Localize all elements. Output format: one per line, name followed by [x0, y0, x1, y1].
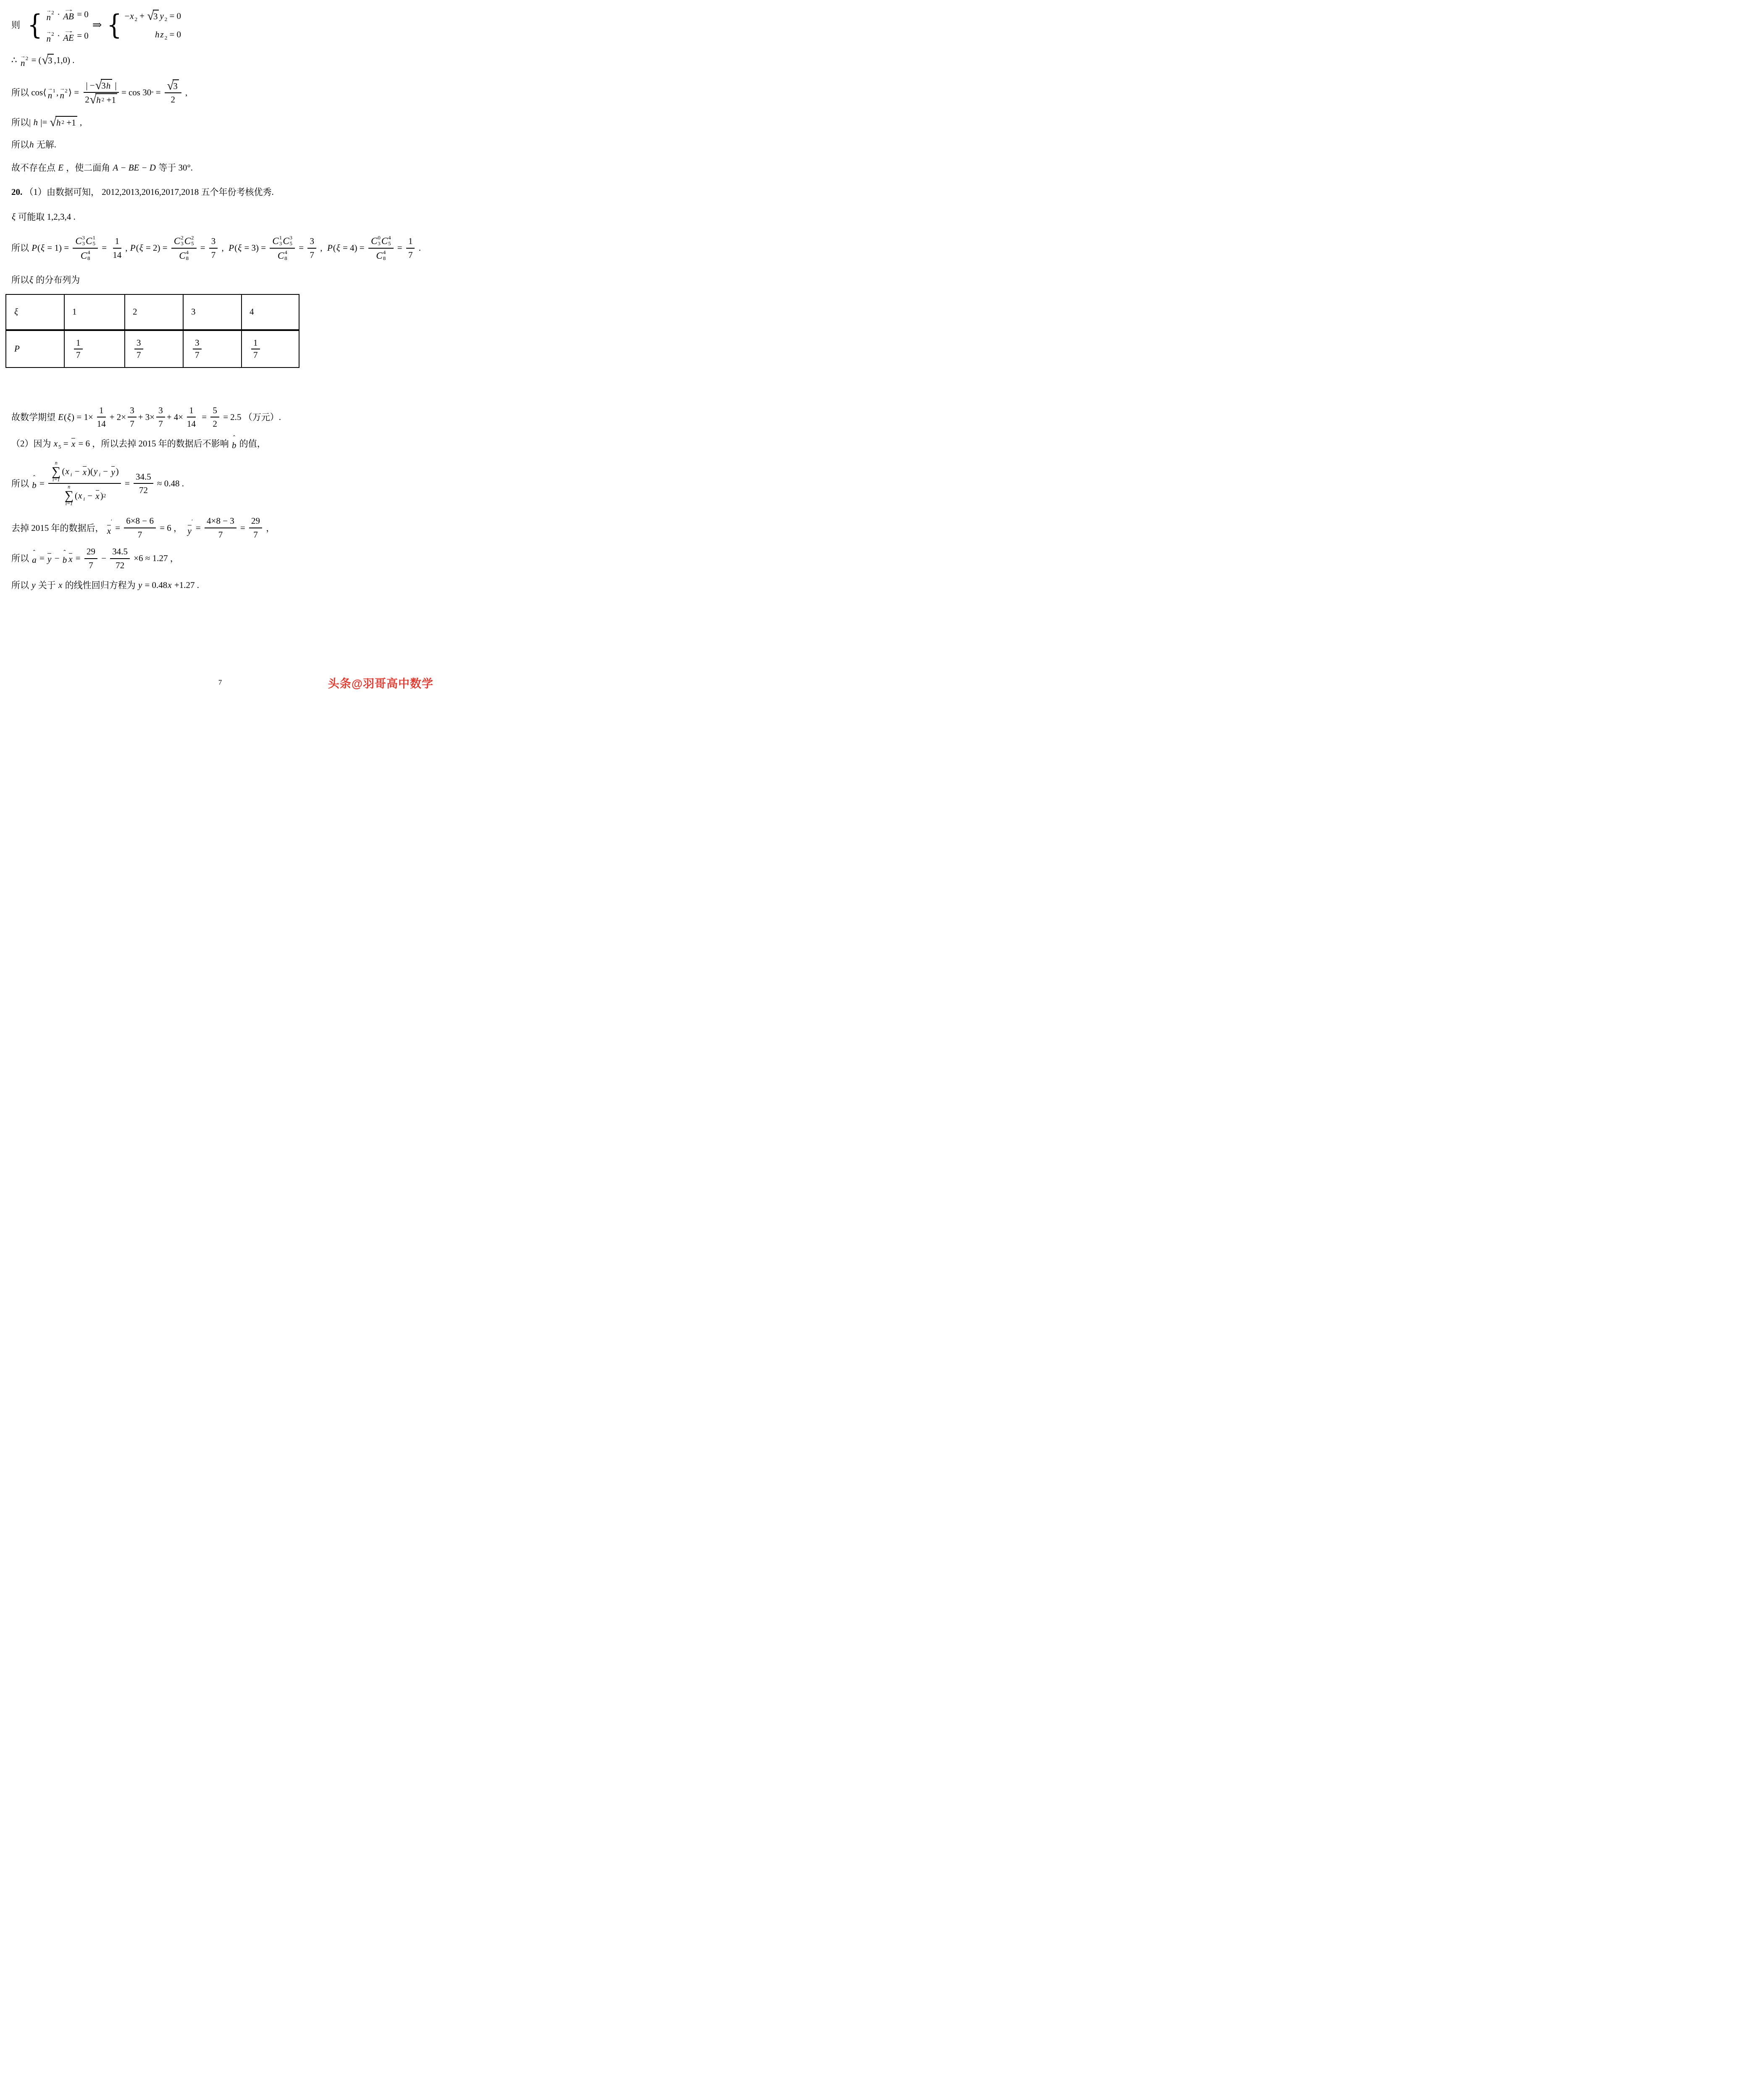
math-token: 2	[65, 87, 68, 94]
math-text: 1	[253, 338, 258, 348]
math-token: 03	[378, 235, 381, 247]
math-token: 5	[290, 241, 293, 247]
overbar-icon	[107, 525, 111, 525]
math-text: 3	[310, 235, 314, 247]
line-distribution-intro: 所以ξ 的分布列为	[11, 274, 428, 286]
math-token: n	[47, 34, 51, 43]
math-text: ，	[264, 522, 275, 534]
math-token: x	[107, 525, 111, 535]
math-text: ,	[56, 87, 58, 98]
math-text: 等于 30°.	[156, 162, 193, 173]
denominator: 7	[156, 417, 165, 430]
math-token: z	[160, 29, 164, 40]
math-text: |	[29, 116, 33, 128]
denominator: 14	[95, 417, 108, 430]
math-text: +1	[64, 117, 76, 129]
numerator: 6×8 − 6	[124, 514, 156, 528]
math-text: ×6 ≈ 1.27 ，	[131, 552, 179, 564]
math-text: ·	[55, 30, 63, 42]
math-text: 所以	[11, 116, 29, 128]
distribution-table: ξ1234P17373717	[11, 294, 428, 368]
radical-icon: √	[50, 117, 57, 129]
math-token: 2	[51, 9, 54, 16]
document-page: 则 {→n2 · →AB = 0→n2 · →AE = 0⇒{−x2 + √3y…	[0, 0, 440, 696]
denominator: 7	[406, 249, 415, 261]
denominator: 14	[185, 417, 198, 430]
math-token: AB	[63, 12, 74, 21]
math-text: 4	[250, 307, 254, 317]
fraction: 34.572	[110, 545, 130, 572]
mean-variable: y′	[188, 520, 193, 535]
denominator: 72	[113, 559, 126, 572]
math-token: i	[83, 495, 85, 503]
fraction: √32	[165, 79, 181, 106]
table-cell: P	[6, 330, 64, 367]
math-token: 1	[279, 235, 282, 241]
math-text: 所以	[11, 579, 31, 591]
math-var: ξ	[139, 242, 144, 254]
math-text: 3	[130, 404, 134, 416]
math-token: C	[376, 249, 382, 262]
math-text: 1	[189, 404, 194, 416]
combination: C48	[278, 249, 287, 262]
math-text: −	[52, 552, 61, 564]
math-token: b	[63, 555, 67, 564]
line-conclusion-n2: ∴ →n2 = (√3,1,0) .	[11, 52, 428, 68]
page-footer: 7 头条@羽哥高中数学	[0, 671, 440, 696]
math-var: D	[149, 162, 156, 173]
math-var: y	[31, 579, 36, 591]
math-text: (	[75, 490, 78, 501]
math-text: 3	[137, 338, 141, 348]
math-text: −	[72, 465, 81, 477]
math-text: （2）因为	[11, 438, 53, 449]
math-var: BE	[128, 162, 140, 173]
math-text: (	[62, 465, 65, 477]
denominator: 7	[307, 249, 316, 261]
numerator: 5	[210, 404, 219, 417]
math-text: −	[124, 10, 129, 22]
math-text: ·	[55, 8, 63, 20]
numerator: 29	[249, 514, 262, 528]
combination: C15	[86, 234, 95, 247]
math-token: →AE	[63, 29, 74, 42]
numerator: 29	[84, 545, 97, 559]
math-text: 29	[251, 515, 260, 527]
math-text: 则	[11, 19, 22, 31]
numerator: 1	[97, 404, 106, 417]
math-token: 2	[191, 235, 194, 241]
denominator: 7	[136, 528, 144, 541]
math-token: 1	[92, 235, 95, 241]
math-text: ,	[318, 242, 327, 254]
line-no-point-e: 故不存在点 E ，使二面角 A − BE − D 等于 30°.	[11, 162, 428, 173]
fraction: 4×8 − 37	[205, 514, 236, 541]
math-text: =	[297, 242, 306, 254]
math-text: 所以 cos	[11, 87, 43, 98]
numerator: 3	[156, 404, 165, 417]
math-text: ,1,0) .	[54, 54, 75, 66]
mean-variable: x′	[107, 520, 112, 535]
math-text: 14	[187, 418, 196, 430]
fraction: 17	[406, 235, 415, 261]
math-text: 所以	[11, 274, 29, 286]
math-text: =	[72, 87, 81, 98]
line-abs-h-equation: 所以| h |= √h2 +1 ,	[11, 116, 428, 129]
math-token: h2 +1	[55, 116, 77, 129]
fraction: 37	[193, 337, 202, 361]
line-normal-vector-system: 则 {→n2 · →AB = 0→n2 · →AE = 0⇒{−x2 + √3y…	[11, 7, 428, 43]
math-text: −	[139, 162, 149, 173]
overbar-icon	[69, 553, 73, 554]
math-token: →n	[20, 55, 26, 68]
math-token: i	[98, 471, 101, 478]
math-text: 2	[171, 94, 176, 105]
math-var: ξ	[336, 242, 341, 254]
line-part2-reasoning: （2）因为 x5 = x = 6 ，所以去掉 2015 年的数据后不影响 ˆb …	[11, 437, 428, 450]
numerator: 3	[128, 404, 137, 417]
math-text: 7	[310, 249, 314, 261]
fraction: C33C15C48	[73, 234, 98, 262]
math-text: 1	[99, 404, 104, 416]
overbar-icon	[188, 525, 192, 525]
numerator: 1	[113, 235, 122, 248]
math-token: x	[78, 490, 82, 501]
math-token: 48	[383, 249, 386, 262]
vector: →n2	[20, 52, 29, 68]
denominator: 7	[251, 528, 260, 541]
fraction: n∑i=1(xi − x)(yi − y)n∑i=1(xi − x)2	[48, 460, 121, 507]
radical-icon: √	[42, 55, 48, 66]
overbar-icon	[47, 553, 51, 554]
solution-content: 则 {→n2 · →AB = 0→n2 · →AE = 0⇒{−x2 + √3y…	[0, 0, 440, 591]
math-text: ) = 1×	[71, 411, 93, 423]
math-subscripted-var: x2	[129, 10, 137, 22]
math-token: 13	[279, 235, 282, 247]
math-text: 2	[85, 94, 89, 105]
math-token: 25	[191, 235, 194, 247]
math-token: 8	[383, 255, 386, 261]
denominator: 2	[210, 417, 219, 430]
math-var: ξ	[40, 242, 45, 254]
math-text: 7	[138, 529, 142, 541]
math-text: 故数学期望	[11, 411, 58, 423]
vector: →AE	[63, 29, 74, 42]
math-text: 14	[113, 249, 121, 261]
line-a-hat-equation: 所以 ˆa = y − ˆbx = 297 − 34.572 ×6 ≈ 1.27…	[11, 545, 428, 572]
math-token: C	[381, 234, 388, 247]
math-text: 5	[213, 404, 217, 416]
math-token: x	[83, 466, 87, 477]
math-token: y	[93, 465, 98, 477]
combination: C48	[179, 249, 189, 262]
math-token: x	[95, 490, 99, 501]
math-token: x	[129, 10, 134, 22]
line-new-means: 去掉 2015 年的数据后， x′ = 6×8 − 67 = 6 ， y′ = …	[11, 514, 428, 541]
math-token: n	[47, 13, 51, 22]
math-subscripted-var: xi	[65, 465, 72, 477]
implies-arrow: ⇒	[92, 17, 102, 32]
math-var: P	[327, 242, 333, 254]
math-token: 4	[383, 249, 386, 255]
vector: →n2	[46, 28, 54, 43]
math-text: ,	[183, 87, 188, 98]
fraction: C03C45C48	[368, 234, 394, 262]
math-token: 0	[378, 235, 381, 241]
numerator: C33C15	[73, 234, 98, 249]
math-text: =	[37, 478, 47, 489]
math-var: h	[29, 139, 34, 150]
math-text: = 2) =	[144, 242, 170, 254]
math-token: x	[83, 467, 87, 477]
math-var: ξ	[29, 274, 34, 286]
fraction: C13C35C48	[270, 234, 295, 262]
mean-variable: y	[111, 466, 115, 477]
radical-icon: √	[90, 94, 97, 106]
math-token: 2	[51, 30, 54, 38]
sigma-icon: ∑	[52, 466, 60, 477]
math-text: =	[37, 552, 47, 564]
math-token: 48	[186, 249, 189, 262]
math-token: →AB	[63, 8, 74, 21]
denominator: C48	[78, 249, 93, 262]
math-token: 2	[165, 16, 168, 23]
math-token: i=1	[53, 477, 60, 483]
mean-variable: x	[68, 553, 72, 564]
math-token: h	[56, 117, 61, 129]
table-cell: 3	[183, 294, 242, 330]
numerator: | −√3h |	[84, 79, 118, 93]
square-root: √3	[147, 10, 159, 22]
math-token: C	[86, 234, 92, 247]
numerator: 3	[193, 337, 202, 349]
table-cell: 2	[125, 294, 183, 330]
math-token: 3	[378, 241, 381, 247]
math-token: 4	[87, 249, 90, 255]
denominator: 7	[193, 349, 202, 361]
vector-arrow-icon: →	[63, 29, 74, 33]
math-text: 7	[218, 529, 223, 541]
fraction: 37	[307, 235, 316, 261]
math-text: 72	[116, 559, 124, 571]
math-text: ⟨	[43, 87, 46, 98]
math-text: 34.5	[136, 471, 151, 483]
math-text: 可能取 1,2,3,4 .	[16, 211, 76, 223]
math-token: h2 +1	[95, 93, 117, 106]
fraction: 6×8 − 67	[124, 514, 156, 541]
math-token: 3	[181, 241, 184, 247]
overbar-icon	[96, 490, 100, 491]
math-token: C	[184, 234, 191, 247]
math-text: 2	[133, 307, 137, 317]
page-number: 7	[218, 678, 222, 687]
math-var: h	[33, 116, 38, 128]
numerator: 34.5	[110, 545, 130, 559]
vector: →n2	[46, 7, 54, 22]
math-text: |=	[38, 116, 50, 128]
math-var: x	[167, 579, 172, 591]
math-subscripted-var: yi	[93, 465, 101, 477]
numerator: 34.5	[134, 470, 153, 484]
fraction: 114	[95, 404, 108, 430]
math-text: 7	[137, 350, 141, 360]
math-token: AE	[63, 33, 74, 42]
math-var: E	[58, 411, 64, 423]
math-text: =	[123, 478, 132, 489]
math-text: )	[116, 465, 119, 477]
denominator: 7	[216, 528, 225, 541]
combination: C48	[81, 249, 90, 262]
math-token: b	[232, 441, 236, 450]
math-text: 无解.	[34, 139, 57, 150]
math-text: =	[100, 242, 109, 254]
math-text: |	[113, 79, 116, 91]
math-token: C	[371, 234, 377, 247]
radical-icon: √	[167, 80, 174, 92]
math-token: 35	[290, 235, 293, 247]
overbar-icon	[71, 438, 75, 438]
denominator: C48	[373, 249, 388, 262]
math-token: C	[179, 249, 185, 262]
math-token: 3	[279, 241, 282, 247]
math-token: 48	[87, 249, 90, 262]
math-text: 34.5	[112, 546, 128, 557]
math-token: 3	[82, 241, 85, 247]
math-token: C	[75, 234, 81, 247]
math-text: 3	[195, 338, 200, 348]
math-var: P	[228, 242, 234, 254]
math-var: h	[155, 29, 160, 40]
math-token: 4	[388, 235, 391, 241]
math-token: y	[47, 553, 51, 564]
fraction: 114	[185, 404, 198, 430]
math-text: = 2.5 （万元）.	[221, 411, 281, 423]
line-xi-values: ξ 可能取 1,2,3,4 .	[11, 211, 428, 223]
math-subscripted-var: z2	[160, 29, 168, 40]
math-token: 5	[58, 443, 61, 451]
numerator: 3	[209, 235, 218, 248]
math-text: 7	[408, 249, 413, 261]
numerator: n∑i=1(xi − x)(yi − y)	[48, 460, 121, 484]
math-var: P	[31, 242, 37, 254]
fraction: 37	[209, 235, 218, 261]
fraction: | −√3h |2√h2 +1	[83, 79, 120, 107]
math-token: x	[68, 553, 72, 564]
line-regression-conclusion: 所以 y 关于 x 的线性回归方程为 y = 0.48x +1.27 .	[11, 579, 428, 591]
math-token: →n	[46, 9, 51, 22]
math-text: 所以	[11, 242, 31, 254]
math-text: = 6 ，	[158, 522, 187, 534]
math-text: 所以	[11, 478, 31, 489]
combination: C03	[371, 234, 381, 247]
table-cell: 1	[64, 294, 125, 330]
hat-variable: ˆb	[232, 437, 236, 450]
math-token: 2	[135, 16, 138, 23]
line-no-solution: 所以h 无解.	[11, 139, 428, 150]
math-token: x	[71, 439, 75, 449]
math-token: C	[174, 234, 180, 247]
math-var: P	[14, 344, 20, 354]
math-text: 7	[76, 350, 81, 360]
math-text: 所以	[11, 139, 29, 150]
math-text: =	[153, 87, 163, 98]
math-text: 7	[253, 350, 258, 360]
table-cell: 37	[183, 330, 242, 367]
math-subscripted-var: y2	[159, 10, 167, 22]
combination: C35	[283, 234, 292, 247]
denominator: C48	[275, 249, 290, 262]
line-expectation: 故数学期望 E(ξ) = 1×114+ 2×37+ 3×37+ 4×114 = …	[11, 404, 428, 430]
math-token: 1	[53, 87, 55, 94]
math-text: −	[99, 552, 108, 564]
math-text: +1.27 .	[172, 579, 199, 591]
math-text: 故不存在点	[11, 162, 58, 173]
math-text: 3	[153, 10, 158, 22]
math-subscripted-var: x5	[53, 438, 61, 449]
combination: C23	[174, 234, 184, 247]
math-text: =	[200, 411, 209, 423]
math-text: −	[118, 162, 128, 173]
math-var: h	[106, 80, 111, 92]
math-token: →n	[47, 87, 53, 100]
math-text: +1	[104, 94, 116, 106]
math-text: =	[198, 242, 208, 254]
equation-system: {−x2 + √3y2 = 0hz2 = 0	[105, 10, 181, 41]
denominator: 7	[209, 249, 218, 261]
math-token: ′	[192, 517, 193, 525]
math-var: x	[58, 579, 63, 591]
math-text: )(	[87, 465, 93, 477]
denominator: 2√h2 +1	[83, 93, 120, 106]
math-text: + 3×	[138, 411, 155, 423]
square-root: √3	[42, 54, 53, 66]
vector: →AB	[63, 8, 74, 21]
system-row: −x2 + √3y2 = 0	[124, 10, 181, 22]
math-text: 7	[253, 529, 258, 541]
denominator: C48	[176, 249, 191, 262]
math-text: ，使二面角	[64, 162, 113, 173]
line-b-hat-equation: 所以 ˆb = n∑i=1(xi − x)(yi − y)n∑i=1(xi − …	[11, 460, 428, 507]
math-text: = 0	[75, 8, 89, 20]
radical-icon: √	[147, 10, 154, 22]
fraction: 34.572	[134, 470, 153, 497]
math-token: 8	[186, 255, 189, 261]
math-token: i	[70, 471, 73, 478]
numerator: 4×8 − 3	[205, 514, 236, 528]
line-cosine-equation: 所以 cos⟨→n1,→n2⟩ = | −√3h |2√h2 +1= cos 3…	[11, 79, 428, 107]
math-text: | −	[86, 79, 95, 91]
math-token: →n2 · →AB = 0→n2 · →AE = 0	[45, 7, 89, 43]
radical-icon: √	[95, 80, 102, 92]
distribution-table-grid: ξ1234P17373717	[5, 294, 299, 368]
math-token: x	[95, 491, 99, 501]
math-text: 1	[76, 338, 81, 348]
math-text-bold: 20.	[11, 186, 22, 198]
math-text: −	[101, 465, 110, 477]
math-text: + 4×	[167, 411, 183, 423]
math-text: ,	[219, 242, 228, 254]
math-token: ˆa	[32, 552, 37, 564]
math-text: 4×8 − 3	[207, 515, 234, 527]
math-text: .	[416, 242, 421, 254]
math-text: ,	[78, 116, 82, 128]
math-text: = cos 30	[121, 87, 151, 98]
denominator: 2	[169, 93, 178, 106]
math-text: =	[238, 522, 247, 534]
line-problem-20-part1: 20. （1）由数据可知， 2012,2013,2016,2017,2018 五…	[11, 186, 428, 198]
denominator: 7	[74, 349, 83, 361]
denominator: 7	[134, 349, 143, 361]
